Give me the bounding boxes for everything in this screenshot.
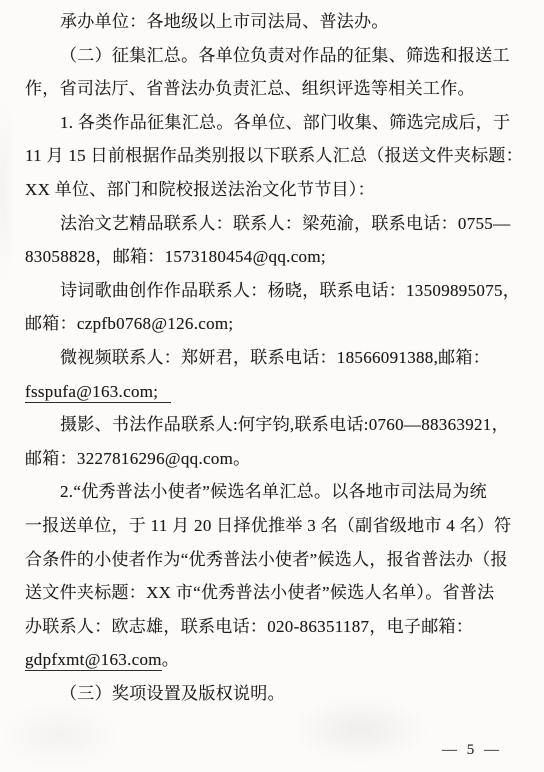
text-line: 一报送单位，于 11 月 20 日择优推举 3 名（副省级地市 4 名）符 <box>25 509 524 543</box>
text-segment: 微视频联系人：郑妍君，联系电话：18566091388,邮箱： <box>60 348 490 367</box>
text-segment: 1. 各类作品征集汇总。各单位、部门收集、筛选完成后，于 <box>60 113 510 132</box>
document-page: 承办单位：各地级以上市司法局、普法办。（二）征集汇总。各单位负责对作品的征集、筛… <box>0 0 544 772</box>
text-line: （三）奖项设置及版权说明。 <box>25 677 524 711</box>
text-line: 11 月 15 日前根据作品类别报以下联系人汇总（报送文件夹标题： <box>25 139 524 173</box>
text-segment: 作，省司法厅、省普法办负责汇总、组织评选等相关工作。 <box>25 79 475 98</box>
email-underlined: gdpfxmt@163.com <box>25 650 162 671</box>
text-segment: 送文件夹标题：XX 市“优秀普法小使者”候选人名单）。省普法 <box>25 583 494 602</box>
text-segment: 合条件的小使者作为“优秀普法小使者”候选人，报省普法办（报 <box>25 550 508 569</box>
text-segment: 83058828，邮箱：1573180454@qq.com; <box>25 247 326 266</box>
text-line: 办联系人：欧志雄，联系电话：020-86351187，电子邮箱： <box>25 610 524 644</box>
text-segment: 邮箱：czpfb0768@126.com; <box>25 314 233 333</box>
text-line: 诗词歌曲创作作品联系人：杨晓，联系电话：13509895075， <box>25 274 524 308</box>
text-line: fsspufa@163.com; <box>25 375 524 409</box>
text-line: 作，省司法厅、省普法办负责汇总、组织评选等相关工作。 <box>25 72 524 106</box>
text-line: 摄影、书法作品联系人:何宇钧,联系电话:0760—88363921， <box>25 408 524 442</box>
text-segment: 法治文艺精品联系人：联系人：梁苑渝，联系电话：0755— <box>60 214 510 233</box>
text-segment: （二）征集汇总。各单位负责对作品的征集、筛选和报送工 <box>60 46 510 65</box>
text-line: gdpfxmt@163.com。 <box>25 643 524 677</box>
text-line: （二）征集汇总。各单位负责对作品的征集、筛选和报送工 <box>25 39 524 73</box>
document-body: 承办单位：各地级以上市司法局、普法办。（二）征集汇总。各单位负责对作品的征集、筛… <box>25 5 524 710</box>
text-segment: 邮箱：3227816296@qq.com。 <box>25 449 250 468</box>
text-line: 1. 各类作品征集汇总。各单位、部门收集、筛选完成后，于 <box>25 106 524 140</box>
text-segment: 。 <box>162 650 179 669</box>
text-segment: 11 月 15 日前根据作品类别报以下联系人汇总（报送文件夹标题： <box>25 146 523 165</box>
text-line: 送文件夹标题：XX 市“优秀普法小使者”候选人名单）。省普法 <box>25 576 524 610</box>
text-line: 法治文艺精品联系人：联系人：梁苑渝，联系电话：0755— <box>25 207 524 241</box>
text-segment: 摄影、书法作品联系人:何宇钧,联系电话:0760—88363921， <box>60 415 509 434</box>
text-segment: （三）奖项设置及版权说明。 <box>60 684 285 703</box>
text-segment: 办联系人：欧志雄，联系电话：020-86351187，电子邮箱： <box>25 617 473 636</box>
text-line: 微视频联系人：郑妍君，联系电话：18566091388,邮箱： <box>25 341 524 375</box>
email-underlined: fsspufa@163.com; <box>25 382 171 403</box>
text-segment: 诗词歌曲创作作品联系人：杨晓，联系电话：13509895075， <box>60 281 520 300</box>
text-line: 邮箱：czpfb0768@126.com; <box>25 307 524 341</box>
text-line: 合条件的小使者作为“优秀普法小使者”候选人，报省普法办（报 <box>25 543 524 577</box>
text-segment: XX 单位、部门和院校报送法治文化节节目）： <box>25 180 375 199</box>
text-segment: 2.“优秀普法小使者”候选名单汇总。以各地市司法局为统 <box>60 482 487 501</box>
page-number: — 5 — <box>442 742 502 759</box>
text-line: 承办单位：各地级以上市司法局、普法办。 <box>25 5 524 39</box>
text-segment: 承办单位：各地级以上市司法局、普法办。 <box>60 12 389 31</box>
text-line: 邮箱：3227816296@qq.com。 <box>25 442 524 476</box>
text-segment: 一报送单位，于 11 月 20 日择优推举 3 名（副省级地市 4 名）符 <box>25 516 511 535</box>
scan-artifact <box>0 700 120 772</box>
scan-artifact <box>0 90 16 290</box>
text-line: XX 单位、部门和院校报送法治文化节节目）： <box>25 173 524 207</box>
text-line: 2.“优秀普法小使者”候选名单汇总。以各地市司法局为统 <box>25 475 524 509</box>
text-line: 83058828，邮箱：1573180454@qq.com; <box>25 240 524 274</box>
